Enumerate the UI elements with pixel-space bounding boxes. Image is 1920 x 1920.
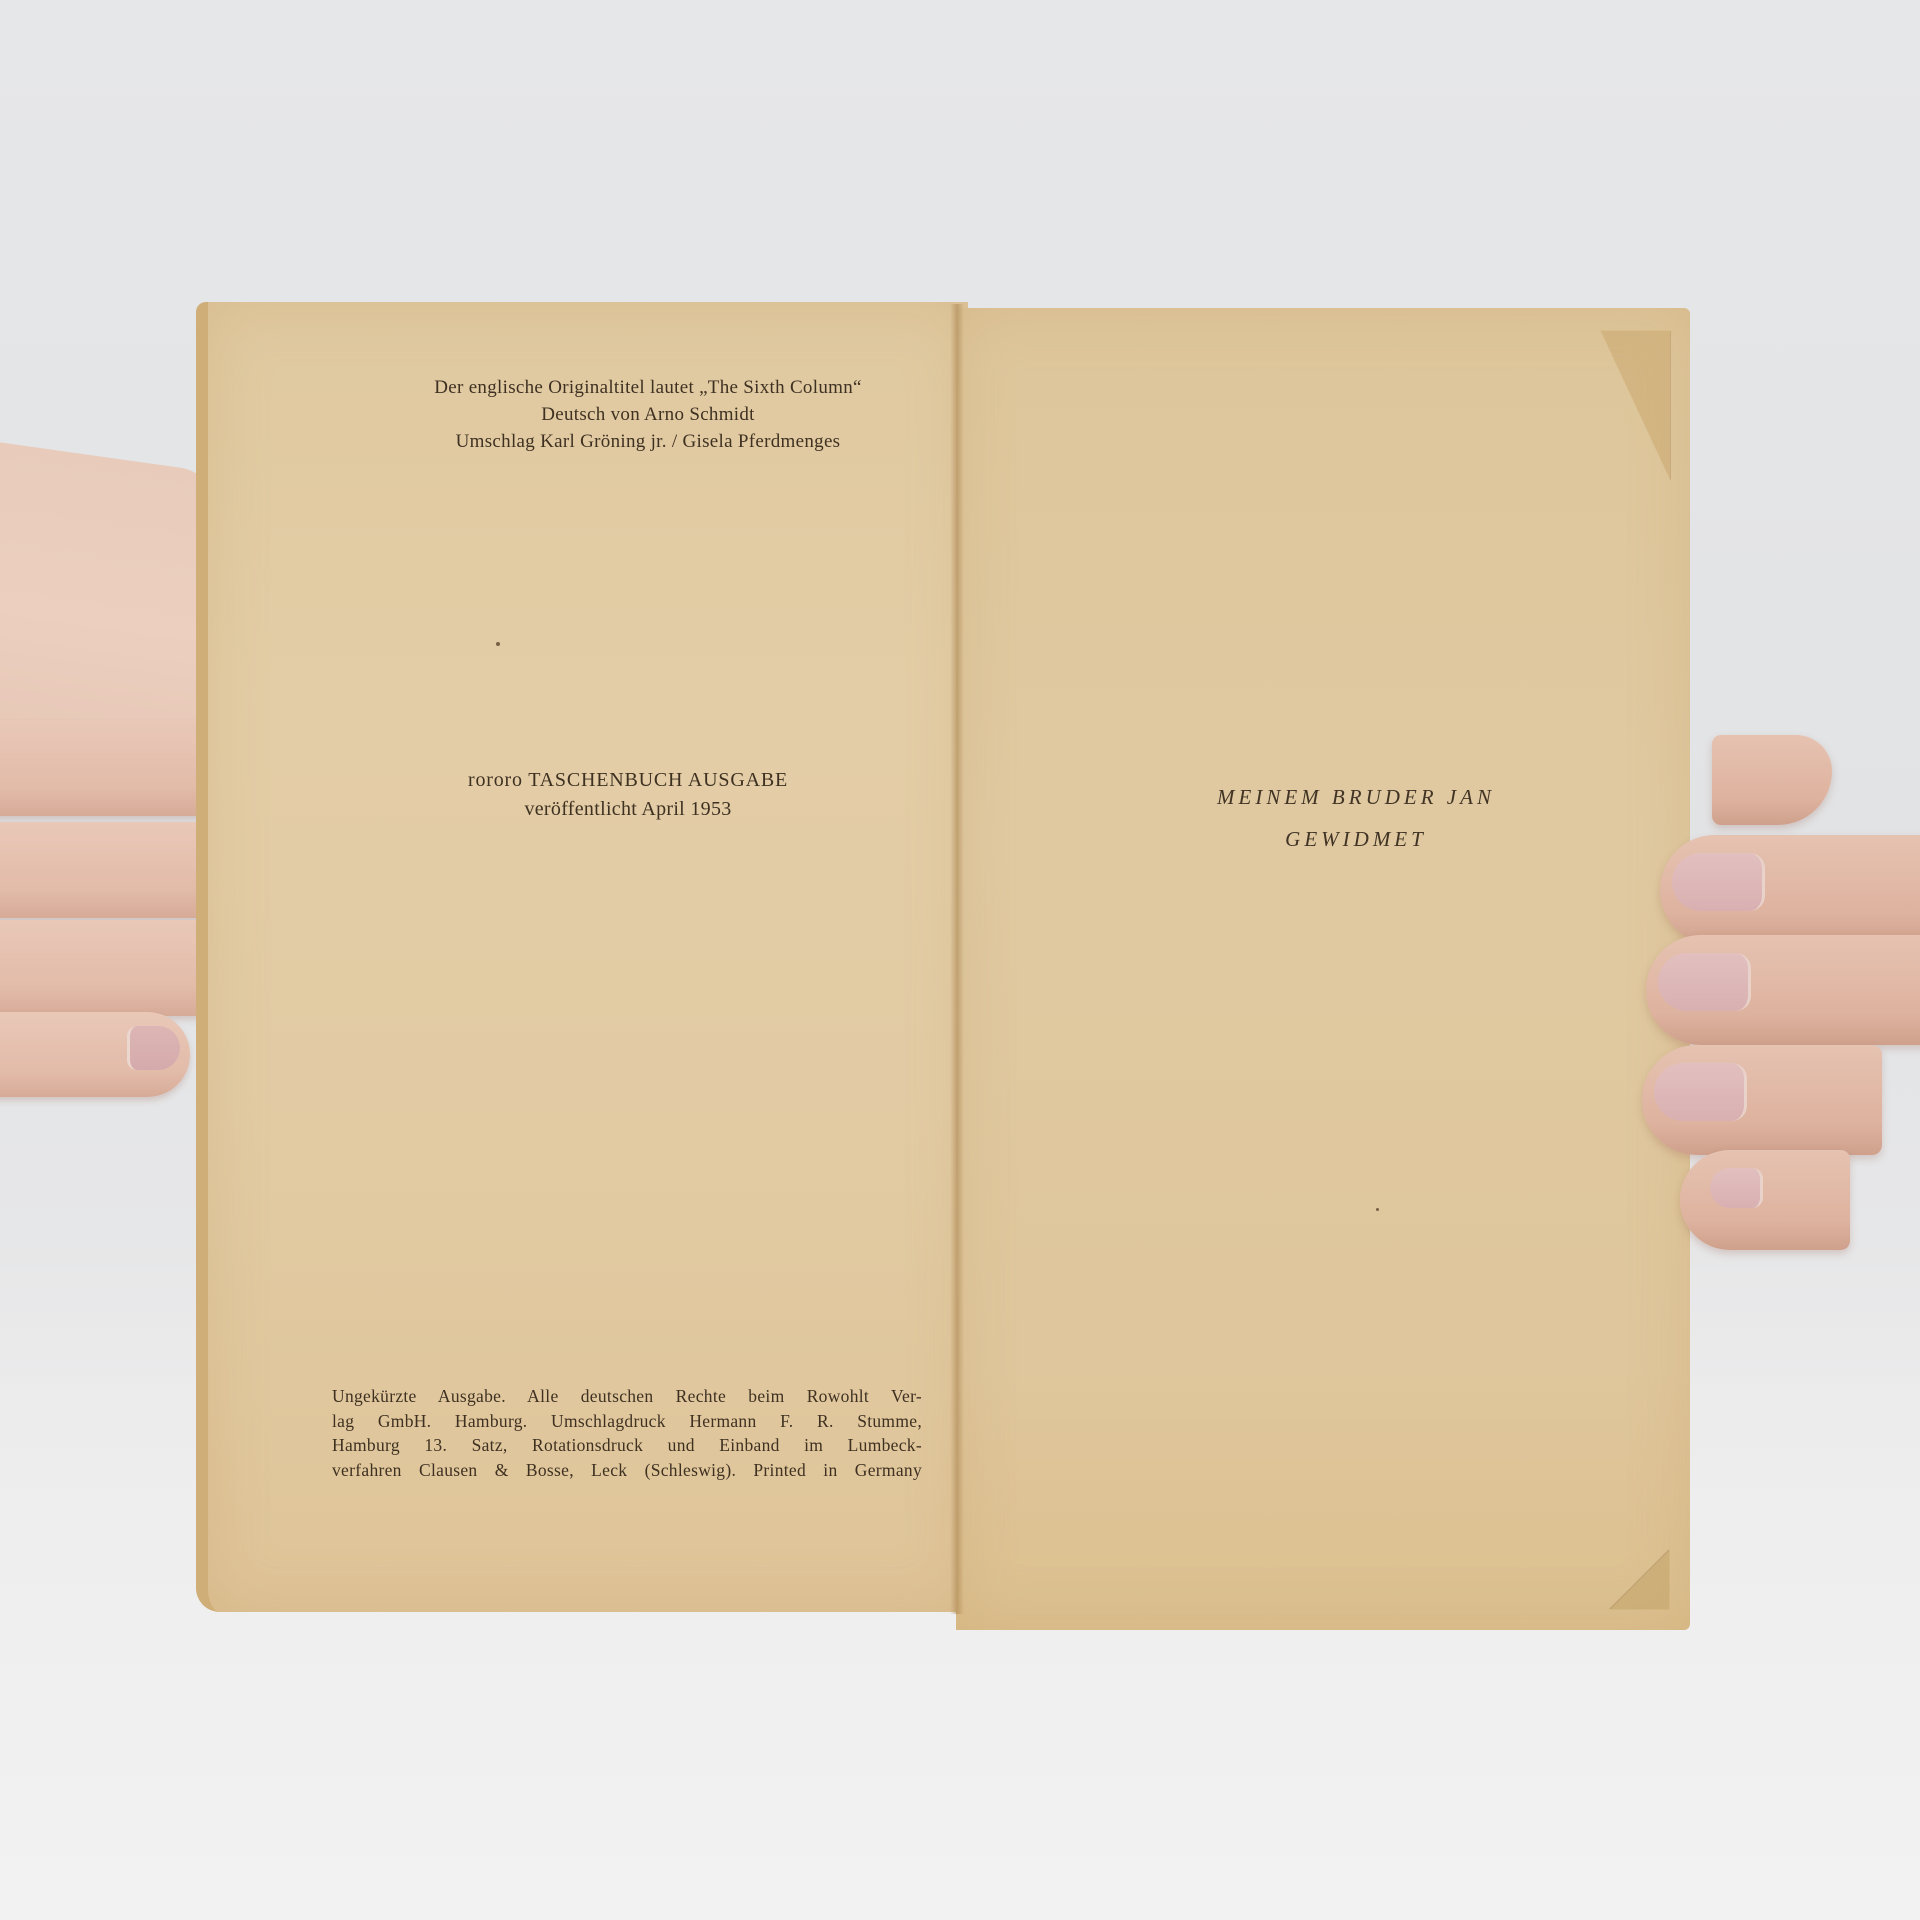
credits-block: Der englische Originaltitel lautet „The …	[378, 374, 918, 455]
folded-corner-top	[1600, 330, 1670, 480]
right-thumb	[1712, 735, 1832, 825]
paper-speck	[1376, 1208, 1379, 1211]
imprint-line: Hamburg 13. Satz, Rotationsdruck und Ein…	[332, 1433, 922, 1458]
paper-speck	[496, 642, 500, 646]
fingernail	[1710, 1168, 1763, 1208]
right-finger-index	[1660, 835, 1920, 945]
right-finger-middle	[1646, 935, 1920, 1045]
original-title-line: Der englische Originaltitel lautet „The …	[378, 374, 918, 401]
dedication-line: MEINEM BRUDER JAN	[1136, 776, 1576, 818]
edition-block: rororo TASCHENBUCH AUSGABE veröffentlich…	[398, 766, 858, 824]
imprint-line: lag GmbH. Hamburg. Umschlagdruck Hermann…	[332, 1409, 922, 1434]
left-finger-little	[0, 1012, 190, 1097]
fingernail	[1658, 953, 1751, 1011]
right-finger-ring	[1642, 1045, 1882, 1155]
publication-date: veröffentlicht April 1953	[398, 795, 858, 824]
imprint-block: Ungekürzte Ausgabe. Alle deutschen Recht…	[332, 1384, 922, 1482]
imprint-line: verfahren Clausen & Bosse, Leck (Schlesw…	[332, 1458, 922, 1483]
right-finger-little	[1680, 1150, 1850, 1250]
open-book: Der englische Originaltitel lautet „The …	[196, 300, 1690, 1630]
translator-line: Deutsch von Arno Schmidt	[378, 401, 918, 428]
left-page: Der englische Originaltitel lautet „The …	[196, 302, 968, 1612]
fingernail	[127, 1026, 180, 1070]
folded-corner-bottom	[1610, 1550, 1670, 1610]
right-page: MEINEM BRUDER JAN GEWIDMET	[956, 308, 1690, 1630]
cover-design-line: Umschlag Karl Gröning jr. / Gisela Pferd…	[378, 428, 918, 455]
fingernail	[1654, 1063, 1747, 1121]
book-gutter	[950, 304, 964, 1614]
edition-title: rororo TASCHENBUCH AUSGABE	[398, 766, 858, 795]
dedication-line: GEWIDMET	[1136, 818, 1576, 860]
imprint-line: Ungekürzte Ausgabe. Alle deutschen Recht…	[332, 1384, 922, 1409]
dedication-block: MEINEM BRUDER JAN GEWIDMET	[1136, 776, 1576, 860]
fingernail	[1672, 853, 1765, 911]
